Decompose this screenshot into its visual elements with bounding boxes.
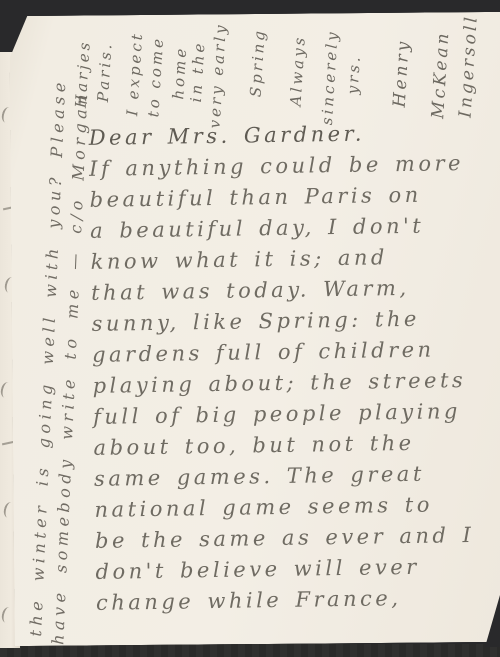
signature-word: McKean [428,30,453,119]
top-margin-word: very early [206,22,230,129]
stray-ink-mark [0,606,15,624]
closing-word: sincerely [318,29,342,126]
closing-word: yrs. [344,54,364,95]
letter-page: the winter is going well with you? Pleas… [9,12,500,646]
signature-word: Henry [390,38,414,108]
body-line: full of big people playing [93,395,500,432]
top-margin-word: Spring [247,28,269,98]
top-margin-word: I expect [123,31,146,117]
top-margin-word: to come [144,35,167,117]
body-line: If anything could be more [89,148,497,185]
closing-word: Always [287,34,309,107]
body-line: change while France, [96,581,500,618]
top-margin-word: Paris. [94,41,116,103]
body-line: be the same as ever and I [95,519,500,556]
scanned-letter: the winter is going well with you? Pleas… [0,0,500,657]
letter-body: Dear Mrs. Gardner. If anything could be … [88,117,500,619]
top-margin-word: in the [187,40,209,103]
scan-background-texture [0,644,500,657]
stray-ink-mark [0,381,14,399]
signature-word: Ingersoll [456,14,482,119]
